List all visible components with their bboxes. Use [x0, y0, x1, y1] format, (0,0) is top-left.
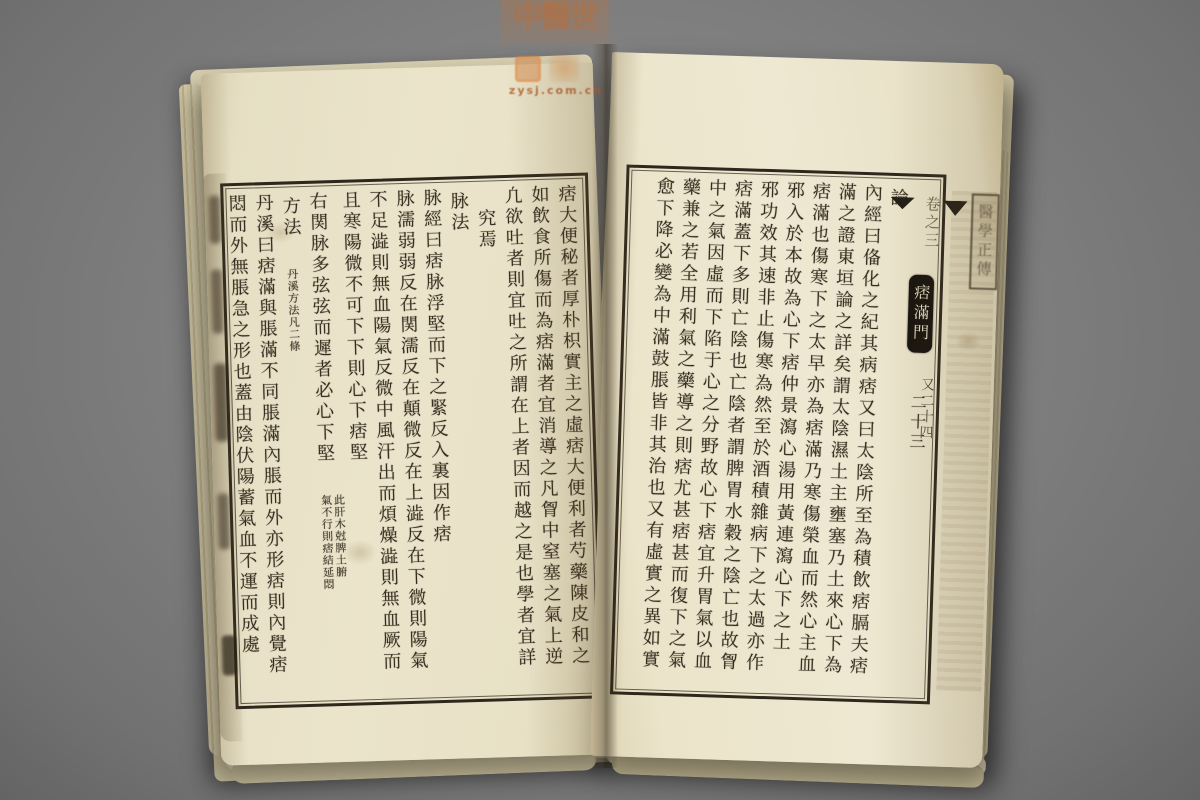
- volume-label: 卷之三: [922, 196, 942, 251]
- right-page: 痞滿門 二十三 論 內經曰俻化之紀其病痞又曰太陰所至為積飲痞膈夫痞 滿之證東垣論…: [590, 52, 1004, 768]
- left-page-text-frame: 痞大便秘者厚朴枳實主之虛痞大便利者芍藥陳皮和之 如飲食所傷而為痞滿者宜消導之凡胷…: [220, 173, 603, 710]
- pulse-text: 右関脉多弦弦而遲者必心下堅: [306, 191, 335, 465]
- left-page: 痞大便秘者厚朴枳實主之虛痞大便利者芍藥陳皮和之 如飲食所傷而為痞滿者宜消導之凡胷…: [201, 62, 613, 765]
- interlinear-note: 此肝木尅脾土腑 氣不行則痞結延悶: [319, 494, 348, 591]
- method-header-text: 方法: [279, 196, 301, 239]
- book-title: 醫學正傳: [969, 193, 1000, 290]
- photo-background: 痞大便秘者厚朴枳實主之虛痞大便利者芍藥陳皮和之 如飲食所傷而為痞滿者宜消導之凡胷…: [0, 0, 1200, 800]
- watermark-seal-characters: 中醫世家: [501, 0, 609, 44]
- method-subnote: 丹溪方法凡二條: [285, 268, 301, 352]
- leaf-number: 又二十四: [917, 377, 935, 441]
- right-page-text-frame: 痞滿門 二十三 論 內經曰俻化之紀其病痞又曰太陰所至為積飲痞膈夫痞 滿之證東垣論…: [610, 165, 946, 705]
- fishtail-mark: [943, 201, 967, 217]
